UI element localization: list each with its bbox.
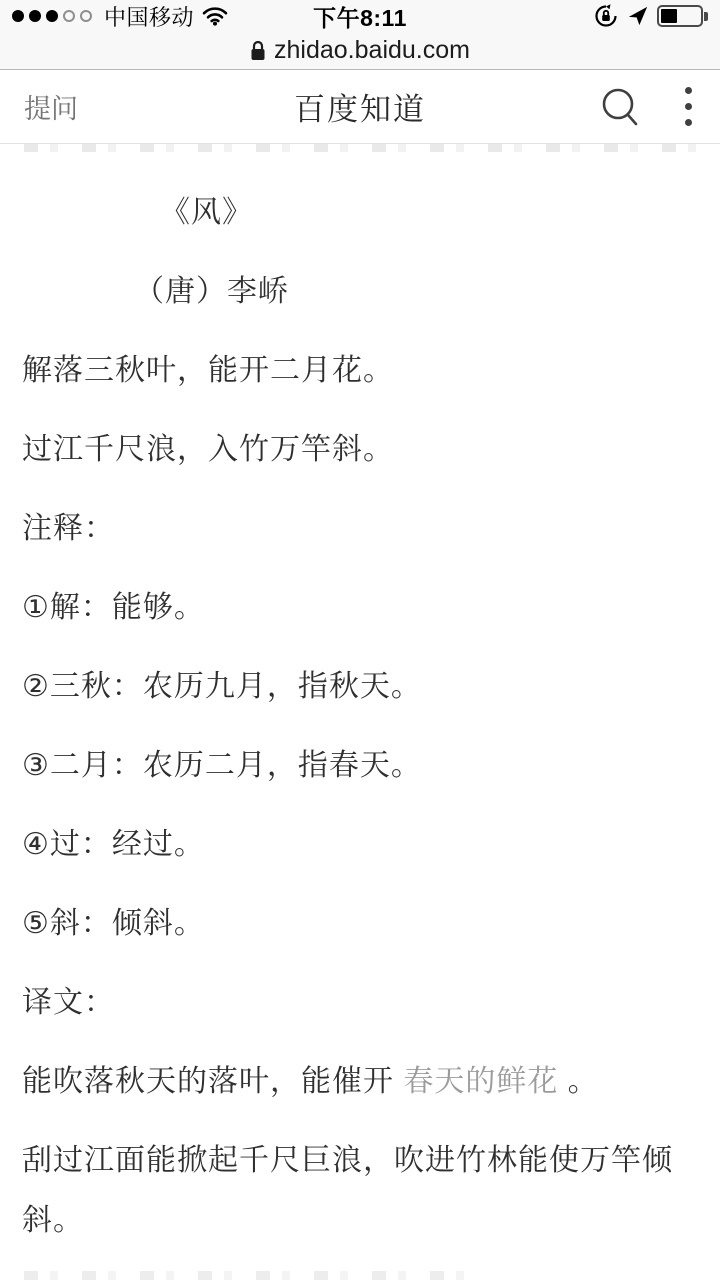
status-bar: 中国移动 下午8:11 <box>0 0 720 32</box>
note-item: ①解：能够。 <box>22 578 698 638</box>
orientation-lock-icon <box>593 3 619 29</box>
clock: 下午8:11 <box>313 0 407 33</box>
translation-line: 刮过江面能掀起千尺巨浪，吹进竹林能使万竿倾斜。 <box>22 1131 698 1251</box>
url-domain: zhidao.baidu.com <box>274 36 470 65</box>
translation-text: 能吹落秋天的落叶，能催开 <box>22 1065 403 1098</box>
inline-link[interactable]: 春天的鲜花 <box>403 1065 558 1098</box>
search-icon[interactable] <box>599 85 641 129</box>
note-item: ⑤斜：倾斜。 <box>22 894 698 954</box>
poem-line: 解落三秋叶，能开二月花。 <box>22 341 698 401</box>
location-arrow-icon <box>627 5 649 27</box>
clipped-text-top <box>24 144 696 152</box>
padlock-icon <box>250 40 266 61</box>
cell-signal-icon <box>12 10 92 22</box>
wifi-icon <box>202 6 228 26</box>
ask-question-button[interactable]: 提问 <box>24 87 78 126</box>
status-bar-right <box>478 3 708 29</box>
translation-heading: 译文： <box>22 973 698 1033</box>
note-item: ④过：经过。 <box>22 815 698 875</box>
notes-heading: 注释： <box>22 499 698 559</box>
url-bar[interactable]: zhidao.baidu.com <box>0 32 720 70</box>
translation-line: 能吹落秋天的落叶，能催开 春天的鲜花 。 <box>22 1052 698 1112</box>
note-item: ②三秋：农历九月，指秋天。 <box>22 657 698 717</box>
poem-title: 《风》 <box>22 183 698 243</box>
poem-author: （唐）李峤 <box>22 262 698 322</box>
note-item: ③二月：农历二月，指春天。 <box>22 736 698 796</box>
carrier-label: 中国移动 <box>104 1 194 32</box>
status-bar-left: 中国移动 <box>12 1 242 32</box>
battery-icon <box>657 5 708 27</box>
poem-line: 过江千尺浪，入竹万竿斜。 <box>22 420 698 480</box>
site-header: 提问 百度知道 <box>0 70 720 144</box>
answer-content: 《风》 （唐）李峤 解落三秋叶，能开二月花。 过江千尺浪，入竹万竿斜。 注释： … <box>0 144 720 1251</box>
clipped-text-bottom <box>24 1271 468 1280</box>
translation-text: 。 <box>558 1065 598 1098</box>
kebab-menu-icon[interactable] <box>681 83 696 130</box>
